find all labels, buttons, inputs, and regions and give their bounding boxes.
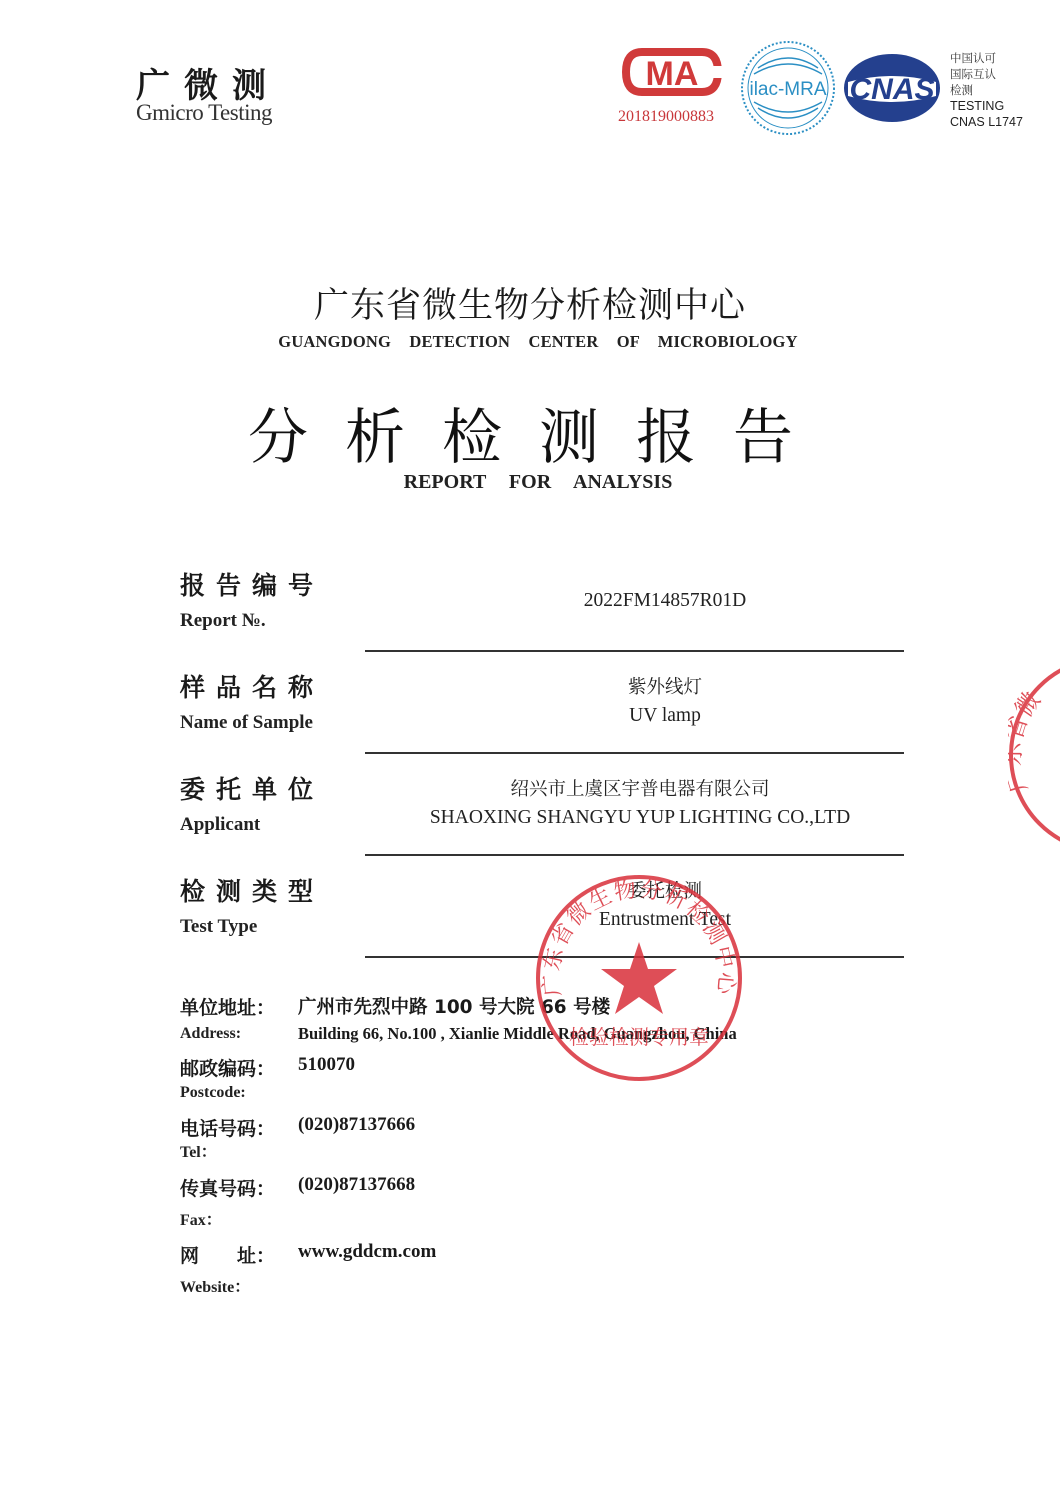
address-value-cn: 广州市先烈中路 100 号大院 66 号楼 (298, 993, 610, 1019)
website-value[interactable]: www.gddcm.com (298, 1241, 436, 1263)
test-type-en: Entrustment Test (365, 906, 965, 934)
ilac-logo-text: ilac-MRA (749, 79, 826, 100)
field-value: 委托检测 Entrustment Test (365, 878, 965, 934)
cnas-logo-text: CNAS (849, 73, 934, 106)
cma-logo-text: MA (646, 55, 699, 93)
cnas-line-2: 国际互认 (950, 66, 1023, 82)
cma-logo-icon: MA (622, 46, 722, 98)
field-label-cn: 委托单位 (180, 770, 324, 806)
ilac-mra-logo-icon: ilac-MRA (740, 40, 836, 136)
cnas-logo-icon: CNAS (842, 52, 942, 124)
postcode-label-en: Postcode: (180, 1084, 246, 1102)
cnas-line-1: 中国认可 (950, 50, 1023, 66)
sample-name-en: UV lamp (365, 702, 965, 730)
address-label-cn: 单位地址： (180, 993, 275, 1020)
org-name-cn: 广东省微生物分析检测中心 (0, 278, 1060, 328)
edge-seal-icon: 广东省微 (1008, 655, 1060, 855)
postcode-label-cn: 邮政编码： (180, 1054, 275, 1081)
cnas-testing: TESTING (950, 98, 1023, 114)
fax-label-cn: 传真号码： (180, 1174, 275, 1201)
field-value: 2022FM14857R01D (365, 587, 965, 615)
address-value-en: Building 66, No.100 , Xianlie Middle Roa… (298, 1024, 737, 1044)
field-label-cn: 检测类型 (180, 872, 324, 908)
sample-name-cn: 紫外线灯 (365, 674, 965, 702)
edge-seal-text: 广东省微 (1008, 687, 1046, 796)
svg-text:广东省微: 广东省微 (1008, 687, 1046, 796)
report-title-en: REPORT FOR ANALYSIS (0, 471, 1060, 494)
tel-label-en: Tel： (180, 1139, 217, 1162)
field-label-en: Applicant (180, 814, 260, 836)
field-value: 紫外线灯 UV lamp (365, 674, 965, 730)
address-label-en: Address: (180, 1025, 241, 1043)
field-label-en: Report №. (180, 610, 266, 632)
fax-value: (020)87137668 (298, 1174, 415, 1196)
cma-number: 201819000883 (618, 108, 714, 126)
field-label-cn: 报告编号 (180, 566, 324, 602)
field-label-en: Name of Sample (180, 712, 313, 734)
fax-label-en: Fax： (180, 1207, 222, 1230)
divider (365, 752, 904, 754)
field-label-cn: 样品名称 (180, 668, 324, 704)
test-type-cn: 委托检测 (365, 878, 965, 906)
divider (365, 854, 904, 856)
cnas-line-3: 检测 (950, 82, 1023, 98)
org-name-en: GUANGDONG DETECTION CENTER OF MICROBIOLO… (0, 332, 1060, 352)
field-value: 绍兴市上虞区宇普电器有限公司 SHAOXING SHANGYU YUP LIGH… (340, 776, 940, 832)
cnas-accreditation-text: 中国认可 国际互认 检测 TESTING CNAS L1747 (950, 50, 1023, 130)
divider (365, 956, 904, 958)
applicant-cn: 绍兴市上虞区宇普电器有限公司 (340, 776, 940, 804)
report-title-cn: 分析检测报告 (0, 390, 1060, 476)
report-number: 2022FM14857R01D (365, 587, 965, 615)
website-label-cn: 网 址： (180, 1241, 275, 1268)
divider (365, 650, 904, 652)
tel-label-cn: 电话号码： (180, 1114, 275, 1141)
website-label-en: Website： (180, 1274, 250, 1297)
applicant-en: SHAOXING SHANGYU YUP LIGHTING CO.,LTD (340, 804, 940, 832)
cnas-number: CNAS L1747 (950, 114, 1023, 130)
tel-value: (020)87137666 (298, 1114, 415, 1136)
field-label-en: Test Type (180, 916, 257, 938)
postcode-value: 510070 (298, 1054, 355, 1076)
brand-name-en: Gmicro Testing (136, 100, 272, 126)
